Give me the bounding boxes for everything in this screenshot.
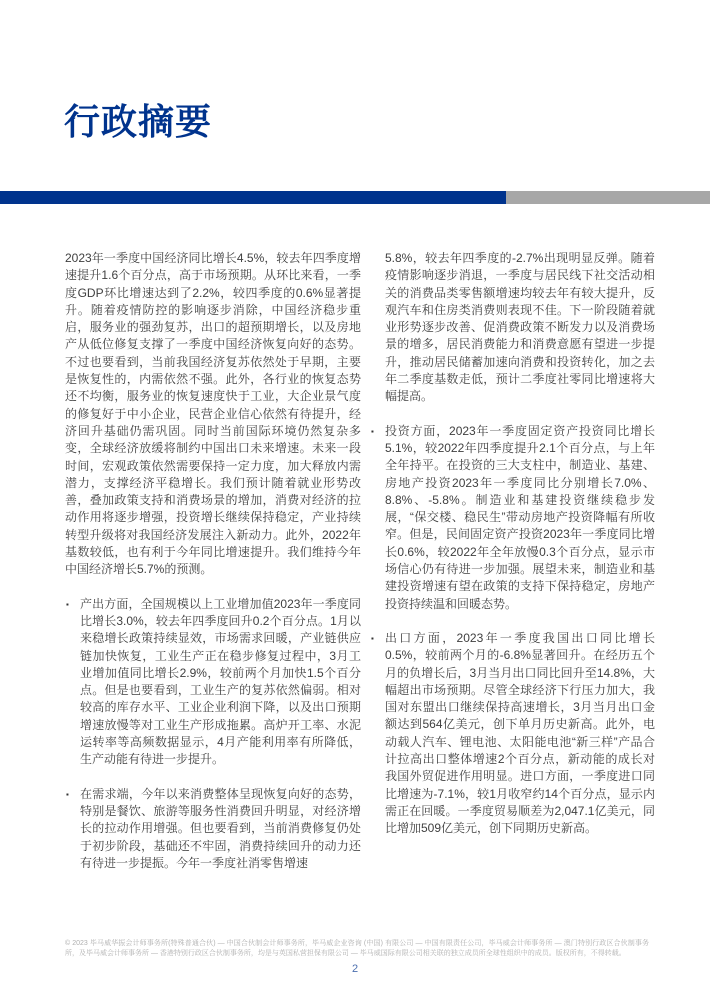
document-page: 行政摘要 2023年一季度中国经济同比增长4.5%，较去年四季度增速提升1.6个…: [0, 0, 710, 996]
divider-gray-segment: [506, 191, 710, 204]
page-title: 行政摘要: [64, 94, 212, 145]
bullet-square-icon: ▪: [371, 423, 374, 440]
bullet-square-icon: ▪: [66, 786, 69, 803]
divider-bar: [0, 191, 710, 204]
bullet-square-icon: ▪: [66, 596, 69, 613]
divider-blue-segment: [0, 191, 506, 204]
bullet-square-icon: ▪: [371, 630, 374, 647]
bullet-text: 产出方面，全国规模以上工业增加值2023年一季度同比增长3.0%，较去年四季度回…: [80, 597, 361, 767]
left-column: 2023年一季度中国经济同比增长4.5%，较去年四季度增速提升1.6个百分点，高…: [65, 250, 361, 889]
bullet-paragraph: ▪在需求端，今年以来消费整体呈现恢复向好的态势，特别是餐饮、旅游等服务性消费回升…: [65, 786, 361, 872]
body-paragraph: 2023年一季度中国经济同比增长4.5%，较去年四季度增速提升1.6个百分点，高…: [65, 250, 361, 579]
bullet-paragraph: ▪出口方面，2023年一季度我国出口同比增长0.5%，较前两个月的-6.8%显著…: [370, 630, 655, 838]
bullet-paragraph: ▪产出方面，全国规模以上工业增加值2023年一季度同比增长3.0%，较去年四季度…: [65, 596, 361, 769]
bullet-paragraph: ▪投资方面，2023年一季度固定资产投资同比增长5.1%，较2022年四季度提升…: [370, 423, 655, 613]
footer-copyright: © 2023 毕马威华振会计师事务所(特殊普通合伙) — 中国合伙制会计师事务所…: [65, 939, 649, 958]
bullet-text: 在需求端，今年以来消费整体呈现恢复向好的态势，特别是餐饮、旅游等服务性消费回升明…: [80, 787, 361, 870]
page-number: 2: [0, 963, 710, 975]
right-column: 5.8%，较去年四季度的-2.7%出现明显反弹。随着疫情影响逐步消退，一季度与居…: [370, 250, 655, 855]
bullet-text: 投资方面，2023年一季度固定资产投资同比增长5.1%，较2022年四季度提升2…: [385, 424, 655, 611]
bullet-text: 出口方面，2023年一季度我国出口同比增长0.5%，较前两个月的-6.8%显著回…: [385, 631, 655, 835]
body-paragraph: 5.8%，较去年四季度的-2.7%出现明显反弹。随着疫情影响逐步消退，一季度与居…: [370, 250, 655, 406]
